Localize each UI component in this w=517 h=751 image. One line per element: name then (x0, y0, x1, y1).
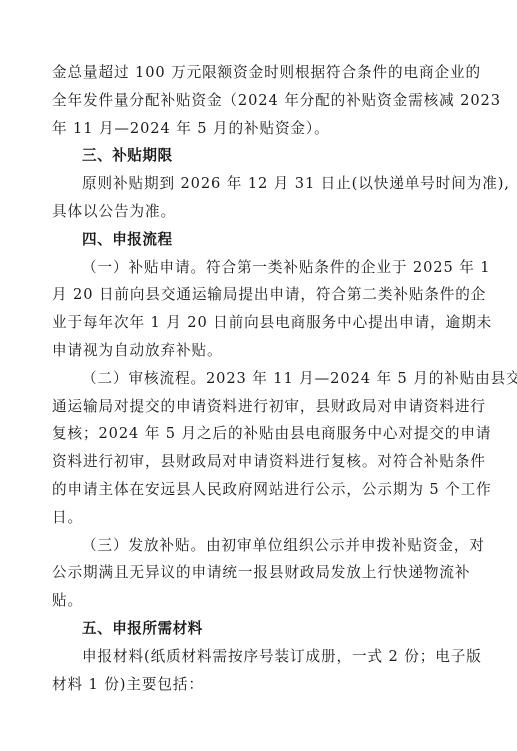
paragraph-line: 原则补贴期到 2026 年 12 月 31 日止(以快递单号时间为准), (52, 170, 464, 198)
paragraph-line: 的申请主体在安远县人民政府网站进行公示，公示期为 5 个工作 (52, 476, 464, 504)
paragraph-line: 全年发件量分配补贴资金（2024 年分配的补贴资金需核减 2023 (52, 87, 464, 115)
paragraph-line: 贴。 (52, 587, 464, 615)
paragraph-line: 年 11 月—2024 年 5 月的补贴资金）。 (52, 115, 464, 143)
paragraph-line: 日。 (52, 504, 464, 532)
paragraph-line: （三）发放补贴。由初审单位组织公示并申拨补贴资金，对 (52, 532, 464, 560)
paragraph-line: 复核；2024 年 5 月之后的补贴由县电商服务中心对提交的申请 (52, 420, 464, 448)
paragraph-line: （一）补贴申请。符合第一类补贴条件的企业于 2025 年 1 (52, 254, 464, 282)
paragraph-line: 材料 1 份)主要包括： (52, 671, 464, 699)
paragraph-line: 具体以公告为准。 (52, 198, 464, 226)
paragraph-line: （二）审核流程。2023 年 11 月—2024 年 5 月的补贴由县交 (52, 365, 464, 393)
paragraph-line: 通运输局对提交的申请资料进行初审，县财政局对申请资料进行 (52, 393, 464, 421)
section-heading-subsidy-period: 三、补贴期限 (52, 142, 464, 170)
paragraph-line: 月 20 日前向县交通运输局提出申请，符合第二类补贴条件的企 (52, 281, 464, 309)
paragraph-line: 申报材料(纸质材料需按序号装订成册，一式 2 份；电子版 (52, 643, 464, 671)
paragraph-line: 业于每年次年 1 月 20 日前向县电商服务中心提出申请，逾期未 (52, 309, 464, 337)
paragraph-line: 申请视为自动放弃补贴。 (52, 337, 464, 365)
document-page: 金总量超过 100 万元限额资金时则根据符合条件的电商企业的 全年发件量分配补贴… (52, 59, 464, 698)
section-heading-required-materials: 五、申报所需材料 (52, 615, 464, 643)
paragraph-line: 资料进行初审，县财政局对申请资料进行复核。对符合补贴条件 (52, 448, 464, 476)
paragraph-line: 金总量超过 100 万元限额资金时则根据符合条件的电商企业的 (52, 59, 464, 87)
paragraph-line: 公示期满且无异议的申请统一报县财政局发放上行快递物流补 (52, 559, 464, 587)
section-heading-application-process: 四、申报流程 (52, 226, 464, 254)
